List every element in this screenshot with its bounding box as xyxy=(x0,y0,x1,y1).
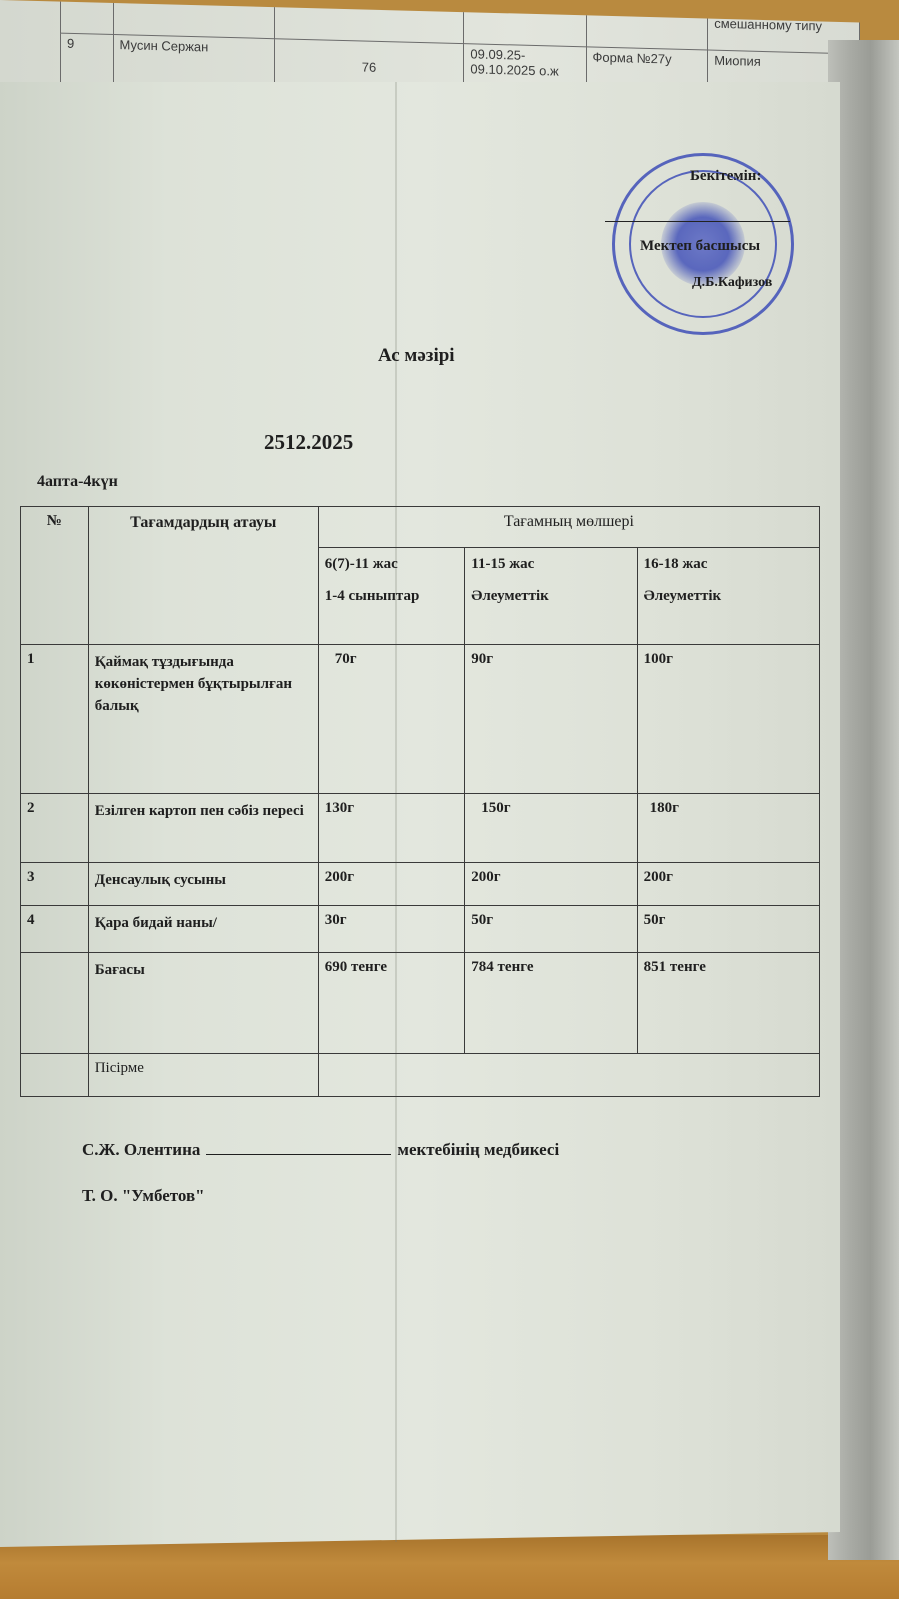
portion-value: 200г xyxy=(465,863,637,906)
approval-signature-line xyxy=(605,221,790,222)
nurse-role: мектебінің медбикесі xyxy=(397,1140,559,1159)
table-row: 2 Езілген картоп пен сәбіз пересі 130г 1… xyxy=(21,794,820,863)
bakery-label: Пісірме xyxy=(88,1054,318,1097)
portion-value: 200г xyxy=(637,863,819,906)
bakery-row: Пісірме xyxy=(21,1054,820,1097)
row-num: 4 xyxy=(21,906,89,953)
row-num: 2 xyxy=(21,794,89,863)
table-row: 3 Денсаулық сусыны 200г 200г 200г xyxy=(21,863,820,906)
header-age-1: 6(7)-11 жас 1-4 сыныптар xyxy=(318,548,465,645)
group-label: 1-4 сыныптар xyxy=(325,586,459,606)
approval-name: Д.Б.Кафизов xyxy=(692,275,772,291)
header-row: № Тағамдардың атауы Тағамның мөлшері xyxy=(21,507,820,548)
dish-name: Қара бидай наны/ xyxy=(88,906,318,953)
second-signature: Т. О. "Умбетов" xyxy=(82,1186,205,1206)
portion-value: 150г xyxy=(465,794,637,863)
header-dish-name: Тағамдардың атауы xyxy=(88,507,318,645)
nurse-name: С.Ж. Олентина xyxy=(82,1140,200,1159)
header-num: № xyxy=(21,507,89,645)
portion-value: 90г xyxy=(465,645,637,794)
cell xyxy=(464,7,586,47)
cell xyxy=(113,0,274,39)
header-portion-group: Тағамның мөлшері xyxy=(318,507,819,548)
nurse-signature: С.Ж. Олентинамектебінің медбикесі xyxy=(82,1138,559,1160)
cell xyxy=(61,0,114,34)
header-age-3: 16-18 жас Әлеуметтік xyxy=(637,548,819,645)
desk-surface xyxy=(0,1535,899,1599)
portion-value: 30г xyxy=(318,906,465,953)
bakery-value xyxy=(318,1054,819,1097)
portion-value: 130г xyxy=(318,794,465,863)
approval-label: Бекітемін: xyxy=(690,168,761,185)
portion-value: 50г xyxy=(637,906,819,953)
price-value: 851 тенге xyxy=(637,953,819,1054)
row-num xyxy=(21,1054,89,1097)
signature-line xyxy=(206,1138,391,1155)
table-row: 4 Қара бидай наны/ 30г 50г 50г xyxy=(21,906,820,953)
age-label: 6(7)-11 жас xyxy=(325,554,459,574)
document-title: Ас мәзірі xyxy=(378,345,455,367)
row-num xyxy=(21,953,89,1054)
portion-value: 50г xyxy=(465,906,637,953)
week-day-label: 4апта-4күн xyxy=(37,473,118,491)
menu-table: № Тағамдардың атауы Тағамның мөлшері 6(7… xyxy=(20,506,820,1097)
cell: 9 xyxy=(61,33,114,87)
group-label: Әлеуметтік xyxy=(644,586,813,606)
price-value: 690 тенге xyxy=(318,953,465,1054)
group-label: Әлеуметтік xyxy=(471,586,630,606)
table-row: 1 Қаймақ тұздығында көкөністермен бұқтыр… xyxy=(21,645,820,794)
portion-value: 180г xyxy=(637,794,819,863)
row-num: 3 xyxy=(21,863,89,906)
price-row: Бағасы 690 тенге 784 тенге 851 тенге xyxy=(21,953,820,1054)
age-label: 11-15 жас xyxy=(471,554,630,574)
document-date: 2512.2025 xyxy=(264,430,353,455)
portion-value: 100г xyxy=(637,645,819,794)
cell xyxy=(274,2,464,44)
cell xyxy=(586,10,708,50)
header-age-2: 11-15 жас Әлеуметтік xyxy=(465,548,637,645)
dish-name: Қаймақ тұздығында көкөністермен бұқтырыл… xyxy=(88,645,318,794)
row-num: 1 xyxy=(21,645,89,794)
dish-name: Денсаулық сусыны xyxy=(88,863,318,906)
price-value: 784 тенге xyxy=(465,953,637,1054)
age-label: 16-18 жас xyxy=(644,554,813,574)
dish-name: Езілген картоп пен сәбіз пересі xyxy=(88,794,318,863)
portion-value: 70г xyxy=(318,645,465,794)
price-label: Бағасы xyxy=(88,953,318,1054)
approval-position: Мектеп басшысы xyxy=(640,238,760,255)
portion-value: 200г xyxy=(318,863,465,906)
